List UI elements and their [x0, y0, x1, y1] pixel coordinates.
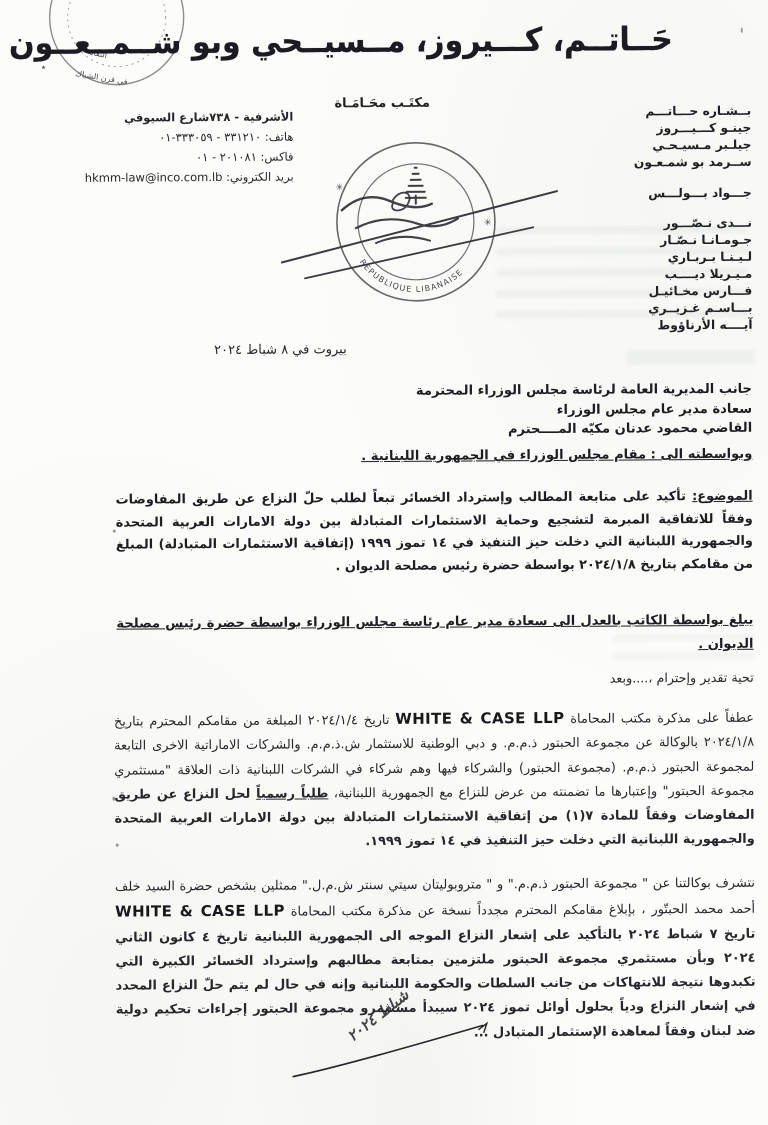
p2-law-firm: WHITE & CASE LLP	[115, 902, 285, 921]
p1-law-firm: WHITE & CASE LLP	[395, 709, 564, 728]
contact-block: الأشرفية - ٧٣٨شارع السيوفي هاتف: ٣٣١٢١٠ …	[25, 107, 293, 189]
scanned-letter-page: النقابة في فرن الشباك ٭ حَــاتــم، كـــي…	[0, 0, 768, 1125]
office-fax: فاكس: ٢٠١٠٨١ - ٠١	[25, 147, 293, 169]
lawyer-name: مـيـريلا ديــــب	[584, 266, 752, 284]
recipient-line: جانب المديرية العامة لرئاسة مجلس الوزراء…	[416, 380, 752, 402]
lawyer-name: ســرمد بو شمـعـون	[584, 154, 752, 172]
office-email-line: بريد الكتروني: hkmm-law@inco.com.lb	[26, 167, 294, 189]
via-line: وبواسطته الى : مقام مجلس الوزراء في الجم…	[361, 447, 752, 464]
letter-content: النقابة في فرن الشباك ٭ حَــاتــم، كـــي…	[0, 0, 768, 1125]
email-label: بريد الكتروني:	[226, 170, 294, 184]
svg-text:✳: ✳	[336, 183, 344, 193]
lawyer-name: نـــدى نـصّـــور	[584, 215, 752, 233]
lawyer-name: جينـو كـــيـــروز	[583, 120, 751, 138]
lawyer-name: جـــواد بـــولـــس	[584, 185, 752, 203]
lawyer-names-column: بــشـاره حـــاتـــم جينـو كـــيـــروز جي…	[583, 103, 752, 335]
scan-speck	[120, 1010, 123, 1013]
corner-stamp-text-2: في فرن الشباك	[75, 69, 129, 87]
lawyer-name: جـومـانـا نـصّـار	[584, 232, 752, 250]
p1-underlined: طلباً رسمياً	[256, 786, 328, 801]
lawyer-name: آيــــه الأرناؤوط	[585, 317, 753, 335]
greeting-line: تحية تقدير وإحترام ،....وبعد	[610, 670, 754, 686]
email-address: hkmm-law@inco.com.lb	[85, 170, 223, 185]
firm-name: حَــاتــم، كـــيروز، مــسيــحي وبو شــمـ…	[93, 21, 673, 62]
lawyer-name: لـيـنـا بـربـاري	[584, 249, 752, 267]
scan-speck	[112, 797, 115, 801]
scan-speck	[741, 28, 743, 33]
svg-text:٭: ٭	[41, 63, 46, 73]
svg-text:✳: ✳	[484, 218, 492, 228]
cedar-tree-icon	[406, 168, 426, 204]
bleed-through-artifact	[627, 350, 755, 365]
body-paragraph-1: عطفاً على مذكرة مكتب المحاماة WHITE & CA…	[114, 705, 755, 857]
lawyer-name: فـــارس مخـائيـل	[584, 283, 752, 301]
date-line: بيروت في ٨ شباط ٢٠٢٤	[137, 342, 347, 358]
scan-speck	[113, 530, 116, 533]
office-address: الأشرفية - ٧٣٨شارع السيوفي	[25, 107, 293, 129]
strike-lines	[281, 191, 559, 279]
subject-label: الموضوع:	[692, 489, 753, 504]
lawyer-name: بـــاسـم غـزيــري	[584, 300, 752, 318]
scan-speck	[116, 844, 119, 847]
subject-paragraph: الموضوع: تأكيد على متابعة المطالب وإسترد…	[116, 486, 754, 580]
subject-text: تأكيد على متابعة المطالب وإسترداد الخسائ…	[116, 489, 753, 574]
office-type-label: مكتَـب محَـامَـاة	[297, 95, 467, 111]
lawyer-name: جيلـبر مـسيـحـي	[583, 137, 751, 155]
recipient-block: جانب المديرية العامة لرئاسة مجلس الوزراء…	[416, 380, 752, 441]
recipient-line: القاضي محمود عدنان مكيّه المــــحترم	[416, 419, 752, 441]
p1-start: عطفاً على مذكرة مكتب المحاماة	[564, 711, 754, 727]
lawyer-name: بــشـاره حـــاتـــم	[583, 103, 751, 121]
notary-notice-paragraph: يبلغ بواسطة الكاتب بالعدل الى سعادة مدير…	[116, 609, 753, 661]
recipient-line: سعادة مدير عام مجلس الوزراء	[416, 399, 752, 421]
republic-stamp: REPUBLIQUE LIBANAISE ✳ ✳	[295, 129, 561, 316]
office-phone: هاتف: ٣٣١٢١٠ - ٣٣٣٠٥٩-٠١	[25, 127, 293, 149]
